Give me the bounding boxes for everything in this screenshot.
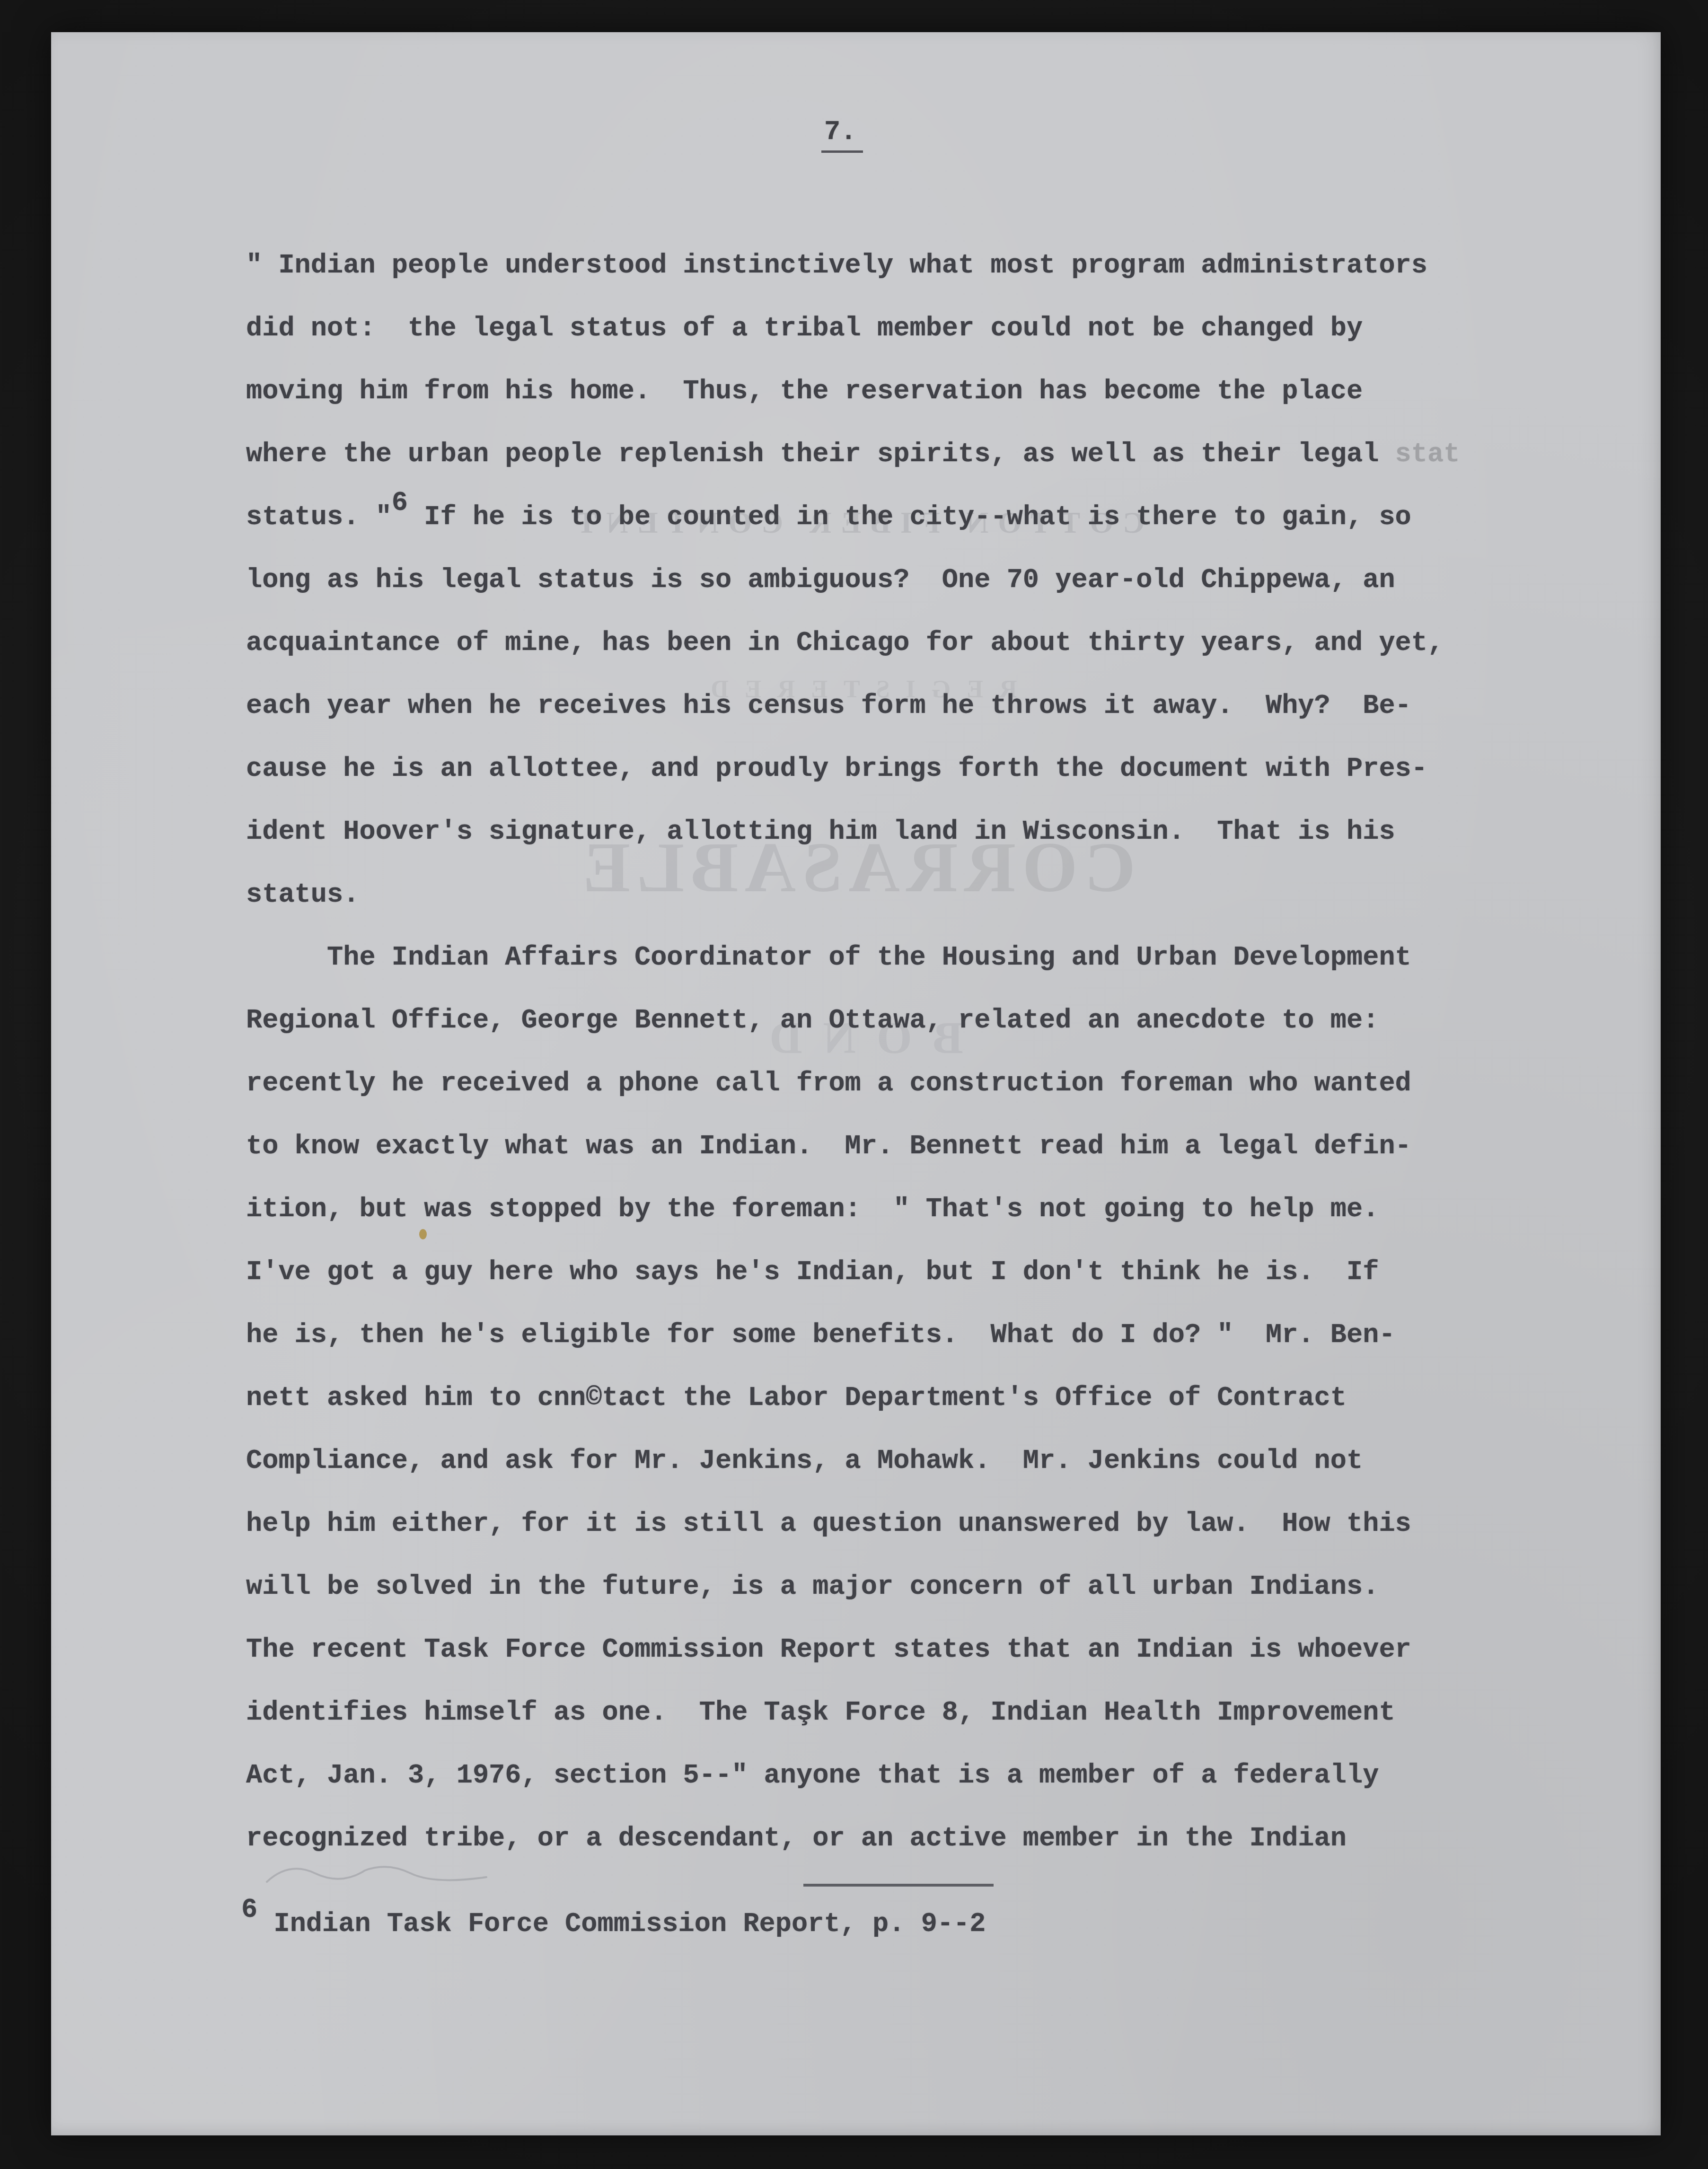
text-segment: status. " xyxy=(246,502,392,533)
text-line: Compliance, and ask for Mr. Jenkins, a M… xyxy=(246,1430,1495,1493)
text-line: The Indian Affairs Coordinator of the Ho… xyxy=(246,927,1495,990)
text-line: Regional Office, George Bennett, an Otta… xyxy=(246,990,1495,1053)
text-line: status. xyxy=(246,864,1495,927)
text-segment: to know exactly what was an Indian. Mr. … xyxy=(246,1132,1411,1162)
text-segment-erased: stat xyxy=(1395,439,1460,470)
text-segment: Act, Jan. 3, 1976, section 5--" anyone t… xyxy=(246,1761,1379,1791)
footnote: 6 Indian Task Force Commission Report, p… xyxy=(241,1901,986,1948)
text-segment: acquaintance of mine, has been in Chicag… xyxy=(246,628,1444,659)
pencil-squiggle xyxy=(263,1853,490,1895)
text-line: help him either, for it is still a quest… xyxy=(246,1493,1495,1556)
text-segment: long as his legal status is so ambiguous… xyxy=(246,565,1395,596)
text-segment: will be solved in the future, is a major… xyxy=(246,1572,1379,1602)
text-segment: Regional Office, George Bennett, an Otta… xyxy=(246,1006,1379,1036)
text-segment: " Indian people understood instinctively… xyxy=(246,251,1427,281)
text-segment: recognized tribe, or a descendant, or an… xyxy=(246,1824,1347,1854)
text-line: The recent Task Force Commission Report … xyxy=(246,1619,1495,1682)
text-line: status. "6 If he is to be counted in the… xyxy=(246,486,1495,549)
text-segment: moving him from his home. Thus, the rese… xyxy=(246,377,1363,407)
text-line: to know exactly what was an Indian. Mr. … xyxy=(246,1115,1495,1178)
text-segment: Compliance, and ask for Mr. Jenkins, a M… xyxy=(246,1446,1363,1476)
text-line: identifies himself as one. The Taşk Forc… xyxy=(246,1682,1495,1745)
text-line: he is, then he's eligible for some benef… xyxy=(246,1304,1495,1367)
text-segment: The Indian Affairs Coordinator of the Ho… xyxy=(246,943,1411,973)
text-segment: ident Hoover's signature, allotting him … xyxy=(246,817,1395,847)
document-page: COTTON FIBER CONTENTREGISTEREDCORRASABLE… xyxy=(51,32,1661,2135)
text-line: long as his legal status is so ambiguous… xyxy=(246,549,1495,612)
text-segment-sup: 6 xyxy=(392,472,408,535)
text-segment: The recent Task Force Commission Report … xyxy=(246,1635,1411,1665)
text-line: recently he received a phone call from a… xyxy=(246,1053,1495,1115)
text-line: nett asked him to cnn©tact the Labor Dep… xyxy=(246,1367,1495,1430)
text-line: " Indian people understood instinctively… xyxy=(246,235,1495,298)
text-segment: I've got a guy here who says he's Indian… xyxy=(246,1257,1379,1288)
footnote-divider xyxy=(803,1884,994,1887)
text-segment: he is, then he's eligible for some benef… xyxy=(246,1320,1395,1351)
text-segment: each year when he receives his census fo… xyxy=(246,691,1411,721)
text-line: cause he is an allottee, and proudly bri… xyxy=(246,738,1495,801)
text-line: I've got a guy here who says he's Indian… xyxy=(246,1241,1495,1304)
text-segment: If he is to be counted in the city--what… xyxy=(408,502,1411,533)
text-segment: where the urban people replenish their s… xyxy=(246,439,1395,470)
text-line: each year when he receives his census fo… xyxy=(246,675,1495,738)
text-line: ition, but was stopped by the foreman: "… xyxy=(246,1178,1495,1241)
page-number: 7. xyxy=(821,117,863,153)
text-segment: status. xyxy=(246,880,359,910)
text-segment: recently he received a phone call from a… xyxy=(246,1069,1411,1099)
text-segment: help him either, for it is still a quest… xyxy=(246,1509,1411,1539)
text-line: acquaintance of mine, has been in Chicag… xyxy=(246,612,1495,675)
body-text: " Indian people understood instinctively… xyxy=(246,235,1495,1870)
scan-background: { "page": { "number": "7.", "colors": { … xyxy=(0,0,1708,2169)
text-segment: cause he is an allottee, and proudly bri… xyxy=(246,754,1427,784)
text-line: did not: the legal status of a tribal me… xyxy=(246,298,1495,360)
text-segment: ition, but was stopped by the foreman: "… xyxy=(246,1194,1379,1225)
text-line: moving him from his home. Thus, the rese… xyxy=(246,360,1495,423)
ink-speck xyxy=(419,1229,427,1239)
text-segment: did not: the legal status of a tribal me… xyxy=(246,314,1363,344)
text-line: will be solved in the future, is a major… xyxy=(246,1556,1495,1619)
text-line: ident Hoover's signature, allotting him … xyxy=(246,801,1495,864)
text-segment: nett asked him to cnn©tact the Labor Dep… xyxy=(246,1383,1347,1414)
text-line: Act, Jan. 3, 1976, section 5--" anyone t… xyxy=(246,1745,1495,1808)
text-line: where the urban people replenish their s… xyxy=(246,423,1495,486)
footnote-marker: 6 xyxy=(241,1887,257,1934)
footnote-text: Indian Task Force Commission Report, p. … xyxy=(257,1909,986,1940)
text-segment: identifies himself as one. The Taşk Forc… xyxy=(246,1698,1395,1728)
